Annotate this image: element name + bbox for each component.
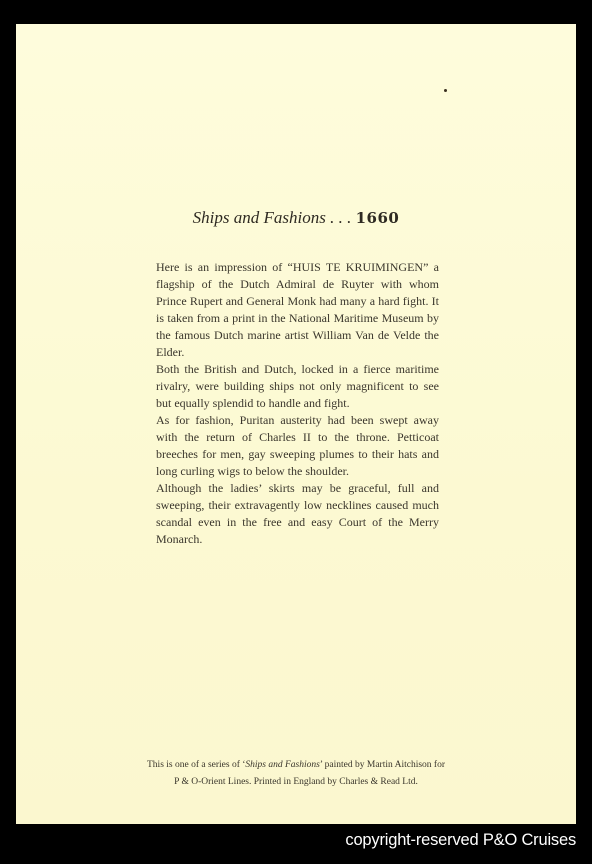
paragraph-ship: Here is an impression of “HUIS TE KRUIMI… — [156, 259, 439, 361]
paragraph-ladies: Although the ladies’ skirts may be grace… — [156, 480, 439, 548]
footer-line-1: This is one of a series of ‘Ships and Fa… — [16, 757, 576, 774]
footer-series-name: Ships and Fashions — [245, 760, 319, 770]
footer-line-2: P & O-Orient Lines. Printed in England b… — [16, 774, 576, 791]
page-title: Ships and Fashions . . . 1660 — [16, 208, 576, 228]
paper-speck — [444, 89, 447, 92]
body-text: Here is an impression of “HUIS TE KRUIMI… — [156, 259, 439, 548]
title-text: Ships and Fashions . . . — [193, 208, 356, 227]
paragraph-rivalry: Both the British and Dutch, locked in a … — [156, 361, 439, 412]
document-page: Ships and Fashions . . . 1660 Here is an… — [16, 24, 576, 824]
footer-suffix: ’ painted by Martin Aitchison for — [320, 760, 445, 770]
footer-prefix: This is one of a series of ‘ — [147, 760, 245, 770]
copyright-watermark: copyright-reserved P&O Cruises — [345, 831, 576, 850]
paragraph-fashion: As for fashion, Puritan austerity had be… — [156, 412, 439, 480]
title-year: 1660 — [356, 209, 400, 227]
footer-credits: This is one of a series of ‘Ships and Fa… — [16, 757, 576, 791]
